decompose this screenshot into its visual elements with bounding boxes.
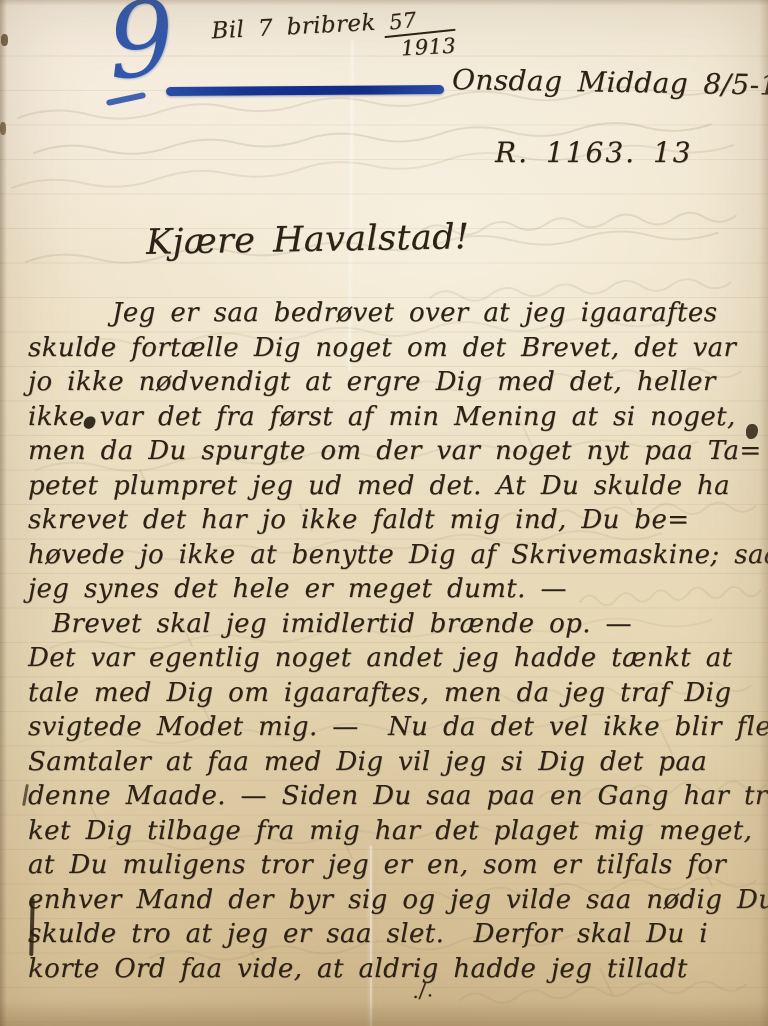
letter-line: ket Dig tilbage fra mig har det plaget m… xyxy=(28,814,768,849)
letter-line: enhver Mand der byr sig og jeg vilde saa… xyxy=(28,883,768,918)
letter-line: ikke var det fra først af min Mening at … xyxy=(28,400,768,435)
dateline: Onsdag Middag 8/5-12 xyxy=(452,63,768,102)
letter-line: at Du muligens tror jeg er en, som er ti… xyxy=(28,848,768,883)
greeting: Kjære Havalstad! xyxy=(146,217,470,263)
letter-line: Det var egentlig noget andet jeg hadde t… xyxy=(28,641,768,676)
letter-line: tale med Dig om igaaraftes, men da jeg t… xyxy=(28,676,768,711)
letter-line: petet plumpret jeg ud med det. At Du sku… xyxy=(28,469,768,504)
letter-line: skrevet det har jo ikke faldt mig ind, D… xyxy=(28,503,768,538)
letter-line: korte Ord faa vide, at aldrig hadde jeg … xyxy=(28,952,768,987)
letter-line: jeg synes det hele er meget dumt. — xyxy=(28,572,768,607)
case-number: 57 xyxy=(382,4,455,38)
case-number-fraction: 57 1913 xyxy=(383,6,457,62)
letter-line: men da Du spurgte om der var noget nyt p… xyxy=(28,434,768,469)
case-year: 1913 xyxy=(384,34,456,62)
letter-line: skulde tro at jeg er saa slet. Derfor sk… xyxy=(28,917,768,952)
letter-body: Jeg er saa bedrøvet over at jeg igaaraft… xyxy=(28,296,768,986)
page-number-blue-pencil: 9 xyxy=(104,0,177,94)
letter-line: Jeg er saa bedrøvet over at jeg igaaraft… xyxy=(28,296,768,331)
letter-line: svigtede Modet mig. — Nu da det vel ikke… xyxy=(28,710,768,745)
letter-page: 9 Bil 7 bribrek 57 1913 Onsdag Middag 8/… xyxy=(0,0,768,1026)
letter-line: Samtaler at faa med Dig vil jeg si Dig d… xyxy=(28,745,768,780)
reference-number: R. 1163. 13 xyxy=(495,136,693,169)
letter-line: høvede jo ikke at benytte Dig af Skrivem… xyxy=(28,538,768,573)
letter-line: denne Maade. — Siden Du saa paa en Gang … xyxy=(28,779,768,814)
letter-line: skulde fortælle Dig noget om det Brevet,… xyxy=(28,331,768,366)
letter-line: Brevet skal jeg imidlertid brænde op. — xyxy=(28,607,768,642)
continuation-mark: ./. xyxy=(411,979,435,1003)
letter-line: jo ikke nødvendigt at ergre Dig med det,… xyxy=(28,365,768,400)
